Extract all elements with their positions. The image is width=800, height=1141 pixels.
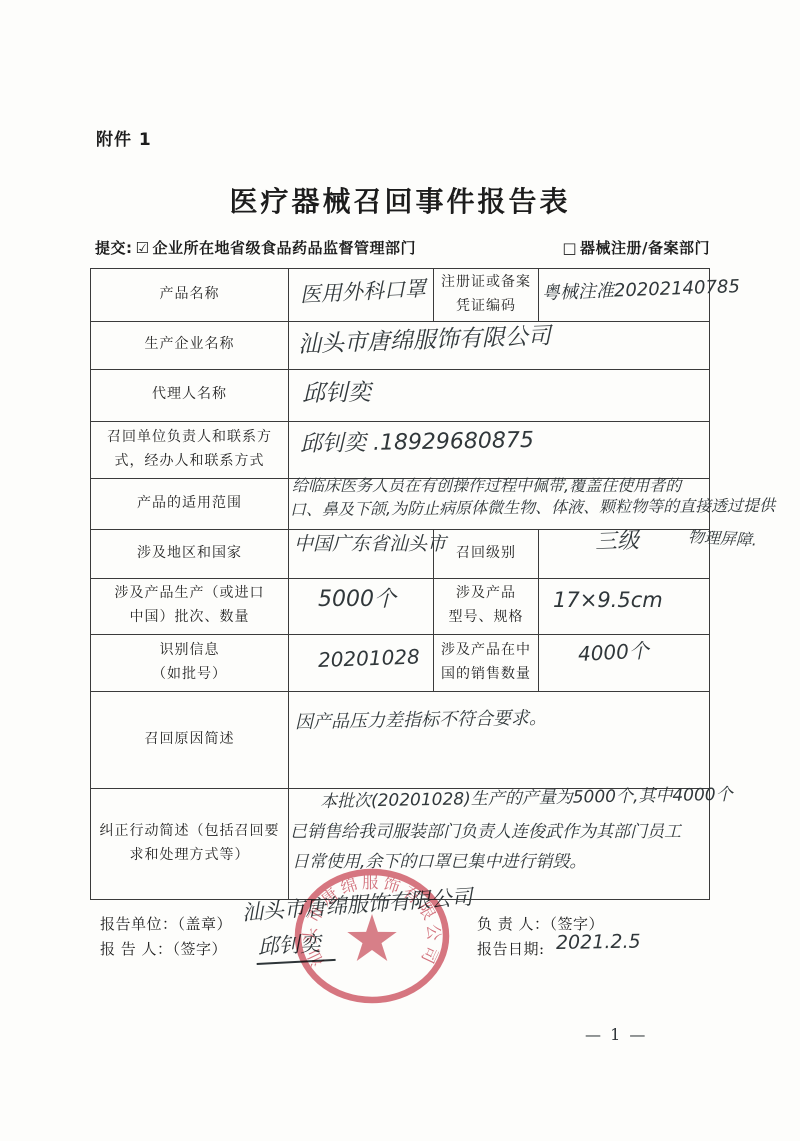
submit-option-registration: □ 器械注册/备案部门 bbox=[562, 237, 710, 258]
handwritten-registration-no: 粤械注准20202140785 bbox=[542, 277, 741, 304]
scope-label: 产品的适用范围 bbox=[137, 495, 242, 511]
handwritten-scope-line3: 物理屏障. bbox=[688, 528, 758, 549]
handwritten-agent-name: 邱钊奕 bbox=[302, 381, 371, 407]
manufacturer-label-cell: 生产企业名称 bbox=[91, 321, 289, 369]
region-label-cell: 涉及地区和国家 bbox=[91, 529, 289, 578]
id-label-cell: 识别信息 （如批号） bbox=[91, 634, 289, 691]
spec-label-cell: 涉及产品 型号、规格 bbox=[434, 578, 539, 634]
product-name-label: 产品名称 bbox=[160, 286, 220, 302]
row-agent: 代理人名称 bbox=[91, 369, 710, 421]
id-label: 识别信息 （如批号） bbox=[152, 642, 227, 682]
submit-option-province: 提交: ☑ 企业所在地省级食品药品监督管理部门 bbox=[95, 237, 416, 258]
scope-label-cell: 产品的适用范围 bbox=[91, 478, 289, 529]
submit-label: 提交: bbox=[95, 237, 133, 258]
row-reason: 召回原因简述 bbox=[91, 691, 710, 788]
handwritten-report-date: 2021.2.5 bbox=[556, 932, 641, 954]
action-label: 纠正行动简述（包括召回要 求和处理方式等） bbox=[100, 823, 280, 863]
submit-option-registration-label: 器械注册/备案部门 bbox=[580, 237, 710, 258]
batch-label-cell: 涉及产品生产（或进口 中国）批次、数量 bbox=[91, 578, 289, 634]
handwritten-batch-number: 20201028 bbox=[318, 645, 421, 671]
reason-value-cell bbox=[289, 691, 710, 788]
contact-label: 召回单位负责人和联系方 式，经办人和联系方式 bbox=[107, 429, 272, 469]
sales-label: 涉及产品在中 国的销售数量 bbox=[441, 642, 531, 682]
manufacturer-label: 生产企业名称 bbox=[145, 336, 235, 352]
handwritten-sales-quantity: 4000个 bbox=[577, 639, 649, 665]
handwritten-region: 中国广东省汕头市 bbox=[294, 534, 446, 555]
level-label-cell: 召回级别 bbox=[434, 529, 539, 578]
attachment-label: 附件 1 bbox=[96, 125, 152, 150]
handwritten-action-line3: 日常使用,余下的口罩已集中进行销毁。 bbox=[292, 853, 586, 872]
scanned-report-page: 附件 1 医疗器械召回事件报告表 提交: ☑ 企业所在地省级食品药品监督管理部门… bbox=[0, 0, 800, 1141]
checked-checkbox-icon: ☑ bbox=[136, 239, 150, 257]
seal-star-icon bbox=[347, 914, 396, 961]
submit-option-province-label: 企业所在地省级食品药品监督管理部门 bbox=[152, 237, 416, 258]
handwritten-batch-quantity: 5000个 bbox=[318, 588, 396, 612]
report-unit-label: 报告单位：（盖章） bbox=[100, 913, 232, 934]
region-label: 涉及地区和国家 bbox=[137, 545, 242, 561]
handwritten-contact: 邱钊奕 .18929680875 bbox=[300, 429, 534, 457]
action-label-cell: 纠正行动简述（包括召回要 求和处理方式等） bbox=[91, 788, 289, 899]
sales-label-cell: 涉及产品在中 国的销售数量 bbox=[434, 634, 539, 691]
handwritten-reporter-signature: 邱钊奕 bbox=[255, 932, 335, 965]
reason-label-cell: 召回原因简述 bbox=[91, 691, 289, 788]
reason-label: 召回原因简述 bbox=[145, 731, 235, 747]
registration-label: 注册证或备案 凭证编码 bbox=[441, 274, 531, 314]
submit-line: 提交: ☑ 企业所在地省级食品药品监督管理部门 □ 器械注册/备案部门 bbox=[95, 237, 710, 258]
handwritten-recall-level: 三级 bbox=[595, 529, 640, 555]
handwritten-scope-line2: 口、鼻及下颌,为防止病原体微生物、体液、颗粒物等的直接透过提供 bbox=[290, 497, 775, 519]
page-number: — 1 — bbox=[585, 1025, 647, 1044]
reporter-label: 报 告 人：（签字） bbox=[100, 938, 227, 959]
unchecked-checkbox-icon: □ bbox=[562, 239, 577, 257]
handwritten-scope-line1: 给临床医务人员在有创操作过程中佩带,覆盖住使用者的 bbox=[292, 477, 681, 495]
spec-label: 涉及产品 型号、规格 bbox=[449, 585, 524, 625]
agent-label: 代理人名称 bbox=[152, 386, 227, 402]
batch-label: 涉及产品生产（或进口 中国）批次、数量 bbox=[115, 585, 265, 625]
product-name-label-cell: 产品名称 bbox=[91, 269, 289, 322]
agent-label-cell: 代理人名称 bbox=[91, 369, 289, 421]
page-title: 医疗器械召回事件报告表 bbox=[0, 180, 800, 220]
handwritten-recall-reason: 因产品压力差指标不符合要求。 bbox=[295, 709, 547, 733]
registration-label-cell: 注册证或备案 凭证编码 bbox=[434, 269, 539, 322]
contact-label-cell: 召回单位负责人和联系方 式，经办人和联系方式 bbox=[91, 421, 289, 478]
report-date-label: 报告日期: bbox=[477, 938, 545, 959]
handwritten-action-line2: 已销售给我司服装部门负责人连俊武作为其部门员工 bbox=[290, 823, 681, 842]
responsible-label: 负 责 人：（签字） bbox=[477, 913, 604, 934]
handwritten-spec: 17×9.5cm bbox=[553, 589, 663, 612]
level-label: 召回级别 bbox=[456, 545, 516, 561]
